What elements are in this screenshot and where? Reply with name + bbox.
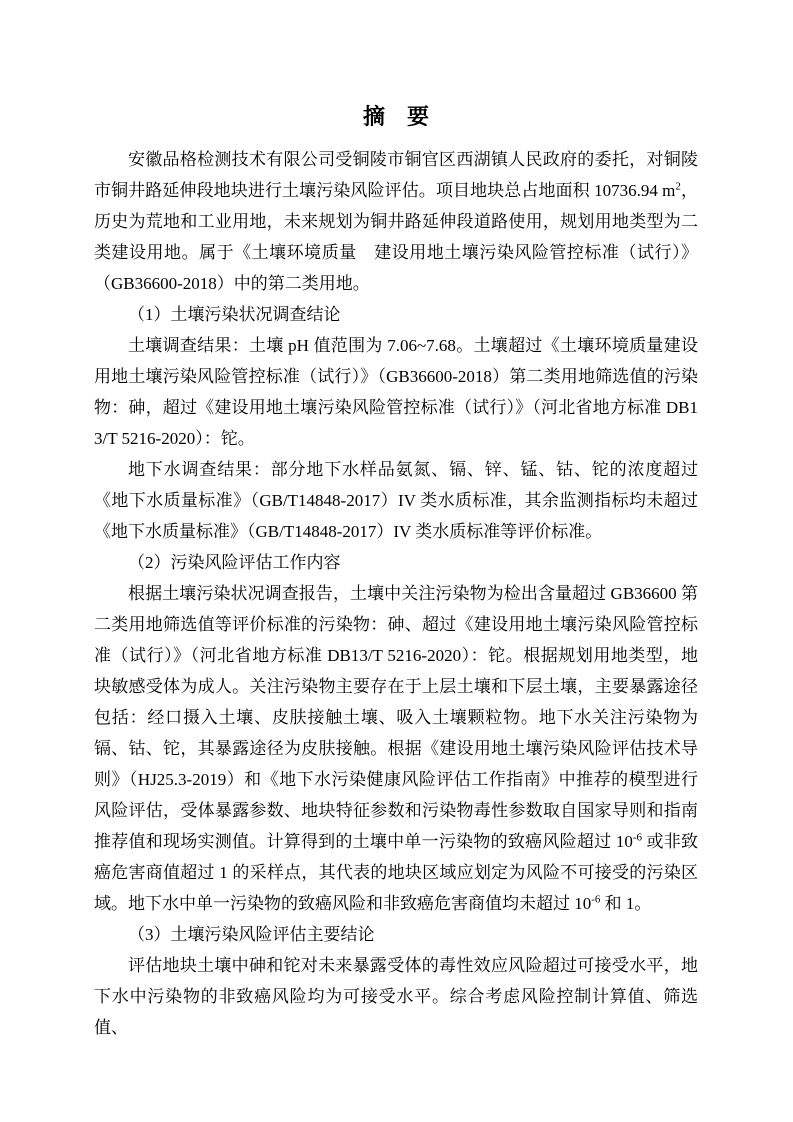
body-paragraph: 地下水调查结果：部分地下水样品氨氮、镉、锌、锰、钴、铊的浓度超过《地下水质量标准… — [94, 454, 698, 547]
list-heading-paragraph: （3）土壤污染风险评估主要结论 — [94, 919, 698, 950]
document-body: 安徽品格检测技术有限公司受铜陵市铜官区西湖镇人民政府的委托，对铜陵市铜井路延伸段… — [94, 144, 698, 1043]
list-heading-paragraph: （2）污染风险评估工作内容 — [94, 547, 698, 578]
abstract-title: 摘 要 — [94, 101, 698, 133]
document-content: 摘 要 安徽品格检测技术有限公司受铜陵市铜官区西湖镇人民政府的委托，对铜陵市铜井… — [94, 101, 698, 1043]
superscript-text: -6 — [591, 893, 600, 905]
body-paragraph: 安徽品格检测技术有限公司受铜陵市铜官区西湖镇人民政府的委托，对铜陵市铜井路延伸段… — [94, 144, 698, 299]
superscript-text: 2 — [675, 180, 681, 192]
body-paragraph: 土壤调查结果：土壤 pH 值范围为 7.06~7.68。土壤超过《土壤环境质量建… — [94, 330, 698, 454]
list-heading-paragraph: （1）土壤污染状况调查结论 — [94, 299, 698, 330]
body-paragraph: 评估地块土壤中砷和铊对未来暴露受体的毒性效应风险超过可接受水平，地下水中污染物的… — [94, 950, 698, 1043]
superscript-text: -6 — [633, 831, 642, 843]
document-page: 摘 要 安徽品格检测技术有限公司受铜陵市铜官区西湖镇人民政府的委托，对铜陵市铜井… — [0, 0, 793, 1122]
body-paragraph: 根据土壤污染状况调查报告，土壤中关注污染物为检出含量超过 GB36600 第二类… — [94, 578, 698, 919]
